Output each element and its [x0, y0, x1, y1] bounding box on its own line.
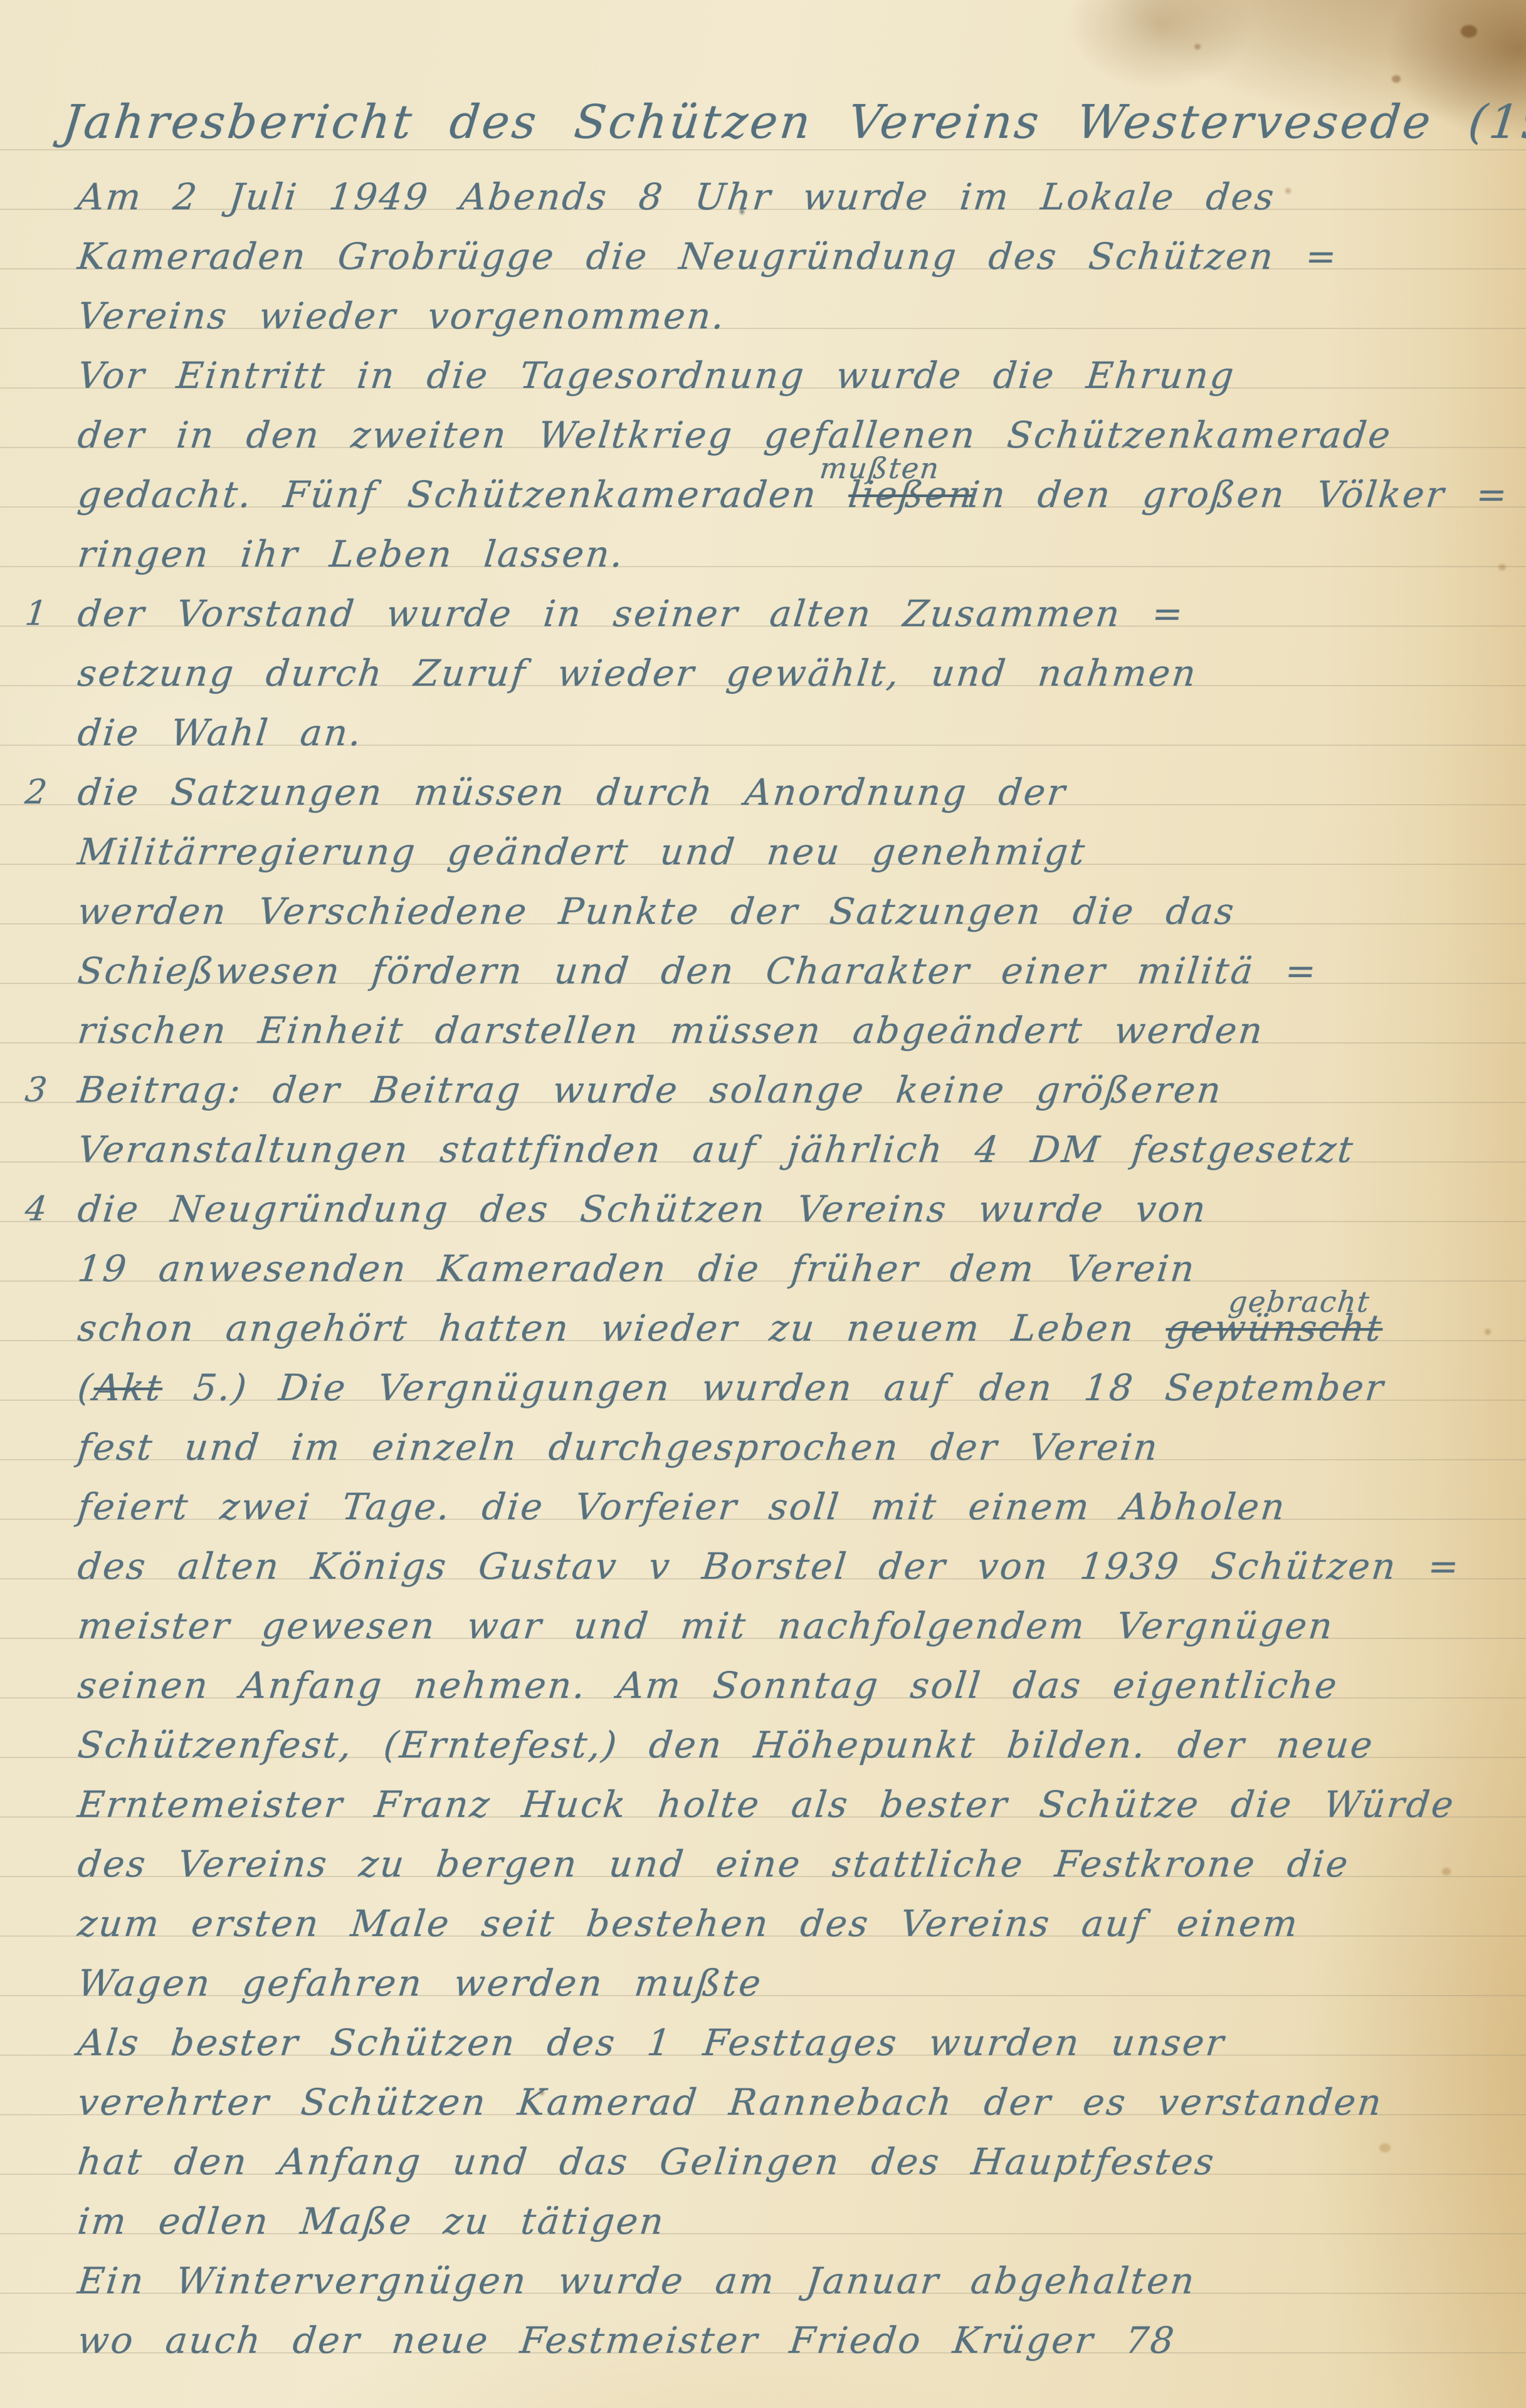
foxing-spot: [1461, 25, 1477, 38]
manuscript-line: seinen Anfang nehmen. Am Sonntag soll da…: [75, 1660, 1341, 1711]
manuscript-line: die Wahl an.: [75, 707, 366, 758]
handwritten-text: fest und im einzeln durchgesprochen der …: [76, 1426, 1162, 1468]
handwritten-text: seinen Anfang nehmen. Am Sonntag soll da…: [76, 1664, 1341, 1707]
manuscript-line: Militärregierung geändert und neu genehm…: [75, 826, 1089, 877]
manuscript-line: Vor Eintritt in die Tagesordnung wurde d…: [75, 350, 1238, 401]
handwritten-text: die Satzungen müssen durch Anordnung der: [76, 771, 1069, 814]
manuscript-line: der in den zweiten Weltkrieg gefallenen …: [75, 409, 1394, 461]
handwritten-text: rischen Einheit darstellen müssen abgeän…: [76, 1009, 1266, 1052]
manuscript-line: verehrter Schützen Kamerad Rannebach der…: [75, 2076, 1386, 2128]
manuscript-line: Schützenfest, (Erntefest,) den Höhepunkt…: [75, 1719, 1377, 1771]
handwritten-text: Am 2 Juli 1949 Abends 8 Uhr wurde im Lok…: [76, 175, 1278, 218]
manuscript-line: im edlen Maße zu tätigen: [75, 2196, 668, 2247]
handwritten-text: der Vorstand wurde in seiner alten Zusam…: [76, 592, 1187, 635]
handwritten-text: 5.) Die Vergnügungen wurden auf den 18 S…: [160, 1366, 1387, 1409]
handwritten-text: setzung durch Zuruf wieder gewählt, und …: [76, 652, 1200, 694]
manuscript-line: Schießwesen fördern und den Charakter ei…: [75, 945, 1320, 997]
handwritten-text: Schützenfest, (Erntefest,) den Höhepunkt…: [76, 1724, 1376, 1766]
handwritten-text: des alten Königs Gustav v Borstel der vo…: [76, 1545, 1463, 1588]
manuscript-line: Als bester Schützen des 1 Festtages wurd…: [75, 2017, 1228, 2068]
manuscript-line: meister gewesen war und mit nachfolgende…: [75, 1600, 1337, 1652]
handwritten-text: Vor Eintritt in die Tagesordnung wurde d…: [76, 354, 1238, 397]
handwritten-text: meister gewesen war und mit nachfolgende…: [76, 1604, 1336, 1647]
manuscript-line: Erntemeister Franz Huck holte als bester…: [75, 1779, 1458, 1830]
foxing-spot: [1485, 1329, 1491, 1335]
manuscript-line: setzung durch Zuruf wieder gewählt, und …: [75, 647, 1200, 699]
handwritten-text: die Neugründung des Schützen Vereins wur…: [76, 1188, 1209, 1230]
handwritten-text: Schießwesen fördern und den Charakter ei…: [76, 950, 1320, 992]
handwritten-text: schon angehört hatten wieder zu neuem Le…: [76, 1307, 1169, 1349]
manuscript-line: Kameraden Grobrügge die Neugründung des …: [75, 231, 1341, 282]
manuscript-line: (Akt 5.) Die Vergnügungen wurden auf den…: [75, 1362, 1387, 1413]
manuscript-line: Veranstaltungen stattfinden auf jährlich…: [75, 1124, 1357, 1175]
foxing-spot: [1442, 1868, 1451, 1875]
handwritten-text: verehrter Schützen Kamerad Rannebach der…: [76, 2081, 1386, 2123]
handwritten-text: Militärregierung geändert und neu genehm…: [76, 830, 1088, 873]
handwritten-text: 19 anwesenden Kameraden die früher dem V…: [76, 1247, 1198, 1290]
item-number: 4: [23, 1183, 51, 1235]
handwritten-text: werden Verschiedene Punkte der Satzungen…: [76, 890, 1238, 933]
handwritten-text: hat den Anfang und das Gelingen des Haup…: [76, 2140, 1218, 2183]
manuscript-line: feiert zwei Tage. die Vorfeier soll mit …: [75, 1481, 1289, 1532]
foxing-spot: [1392, 75, 1401, 83]
manuscript-line: ringen ihr Leben lassen.: [75, 528, 627, 580]
manuscript-line: 3Beitrag: der Beitrag wurde solange kein…: [75, 1064, 1225, 1116]
handwritten-text: feiert zwei Tage. die Vorfeier soll mit …: [76, 1485, 1288, 1528]
item-number: 2: [23, 767, 51, 818]
handwritten-text: Veranstaltungen stattfinden auf jährlich…: [76, 1128, 1357, 1171]
inserted-correction: mußten: [818, 451, 942, 485]
handwritten-text: Wagen gefahren werden mußte: [76, 1962, 765, 2004]
manuscript-line: 19 anwesenden Kameraden die früher dem V…: [75, 1243, 1199, 1294]
manuscript-line: fest und im einzeln durchgesprochen der …: [75, 1421, 1162, 1473]
manuscript-line: wo auch der neue Festmeister Friedo Krüg…: [75, 2315, 1178, 2366]
handwritten-text: in den großen Völker =: [935, 473, 1511, 516]
handwritten-text: der in den zweiten Weltkrieg gefallenen …: [76, 414, 1394, 456]
foxing-spot: [1194, 44, 1201, 50]
handwritten-text: Vereins wieder vorgenommen.: [76, 295, 729, 337]
manuscript-line: Vereins wieder vorgenommen.: [75, 290, 729, 342]
manuscript-line: Wagen gefahren werden mußte: [75, 1957, 765, 2009]
handwritten-text: wo auch der neue Festmeister Friedo Krüg…: [76, 2319, 1178, 2362]
manuscript-line: rischen Einheit darstellen müssen abgeän…: [75, 1005, 1266, 1056]
handwritten-text: die Wahl an.: [76, 711, 365, 754]
inserted-correction: gebracht: [1227, 1285, 1372, 1319]
crossed-out-word: Akt: [92, 1366, 164, 1409]
handwritten-text: zum ersten Male seit bestehen des Verein…: [76, 1902, 1302, 1945]
manuscript-line: 2die Satzungen müssen durch Anordnung de…: [75, 767, 1069, 818]
manuscript-line: werden Verschiedene Punkte der Satzungen…: [75, 886, 1238, 937]
handwritten-text: Beitrag: der Beitrag wurde solange keine…: [76, 1069, 1225, 1111]
manuscript-line: Ein Wintervergnügen wurde am Januar abge…: [75, 2255, 1199, 2306]
manuscript-line: hat den Anfang und das Gelingen des Haup…: [75, 2136, 1218, 2187]
foxing-spot: [1285, 188, 1291, 194]
handwritten-text: Als bester Schützen des 1 Festtages wurd…: [76, 2021, 1228, 2064]
handwritten-text: Ein Wintervergnügen wurde am Januar abge…: [76, 2259, 1198, 2302]
manuscript-line: 4die Neugründung des Schützen Vereins wu…: [75, 1183, 1210, 1235]
manuscript-line: des Vereins zu bergen und eine stattlich…: [75, 1838, 1352, 1890]
handwritten-text: im edlen Maße zu tätigen: [76, 2200, 668, 2243]
handwritten-text: Erntemeister Franz Huck holte als bester…: [76, 1783, 1458, 1826]
manuscript-line: schon angehört hatten wieder zu neuem Le…: [75, 1302, 1370, 1354]
manuscript-line: Am 2 Juli 1949 Abends 8 Uhr wurde im Lok…: [75, 171, 1278, 222]
item-number: 3: [23, 1064, 51, 1116]
foxing-spot: [1379, 2144, 1391, 2152]
page-title: Jahresbericht des Schützen Vereins Weste…: [60, 95, 1502, 149]
handwritten-text: des Vereins zu bergen und eine stattlich…: [76, 1843, 1352, 1885]
manuscript-line: des alten Königs Gustav v Borstel der vo…: [75, 1541, 1463, 1592]
manuscript-line: 1der Vorstand wurde in seiner alten Zusa…: [75, 588, 1187, 639]
manuscript-page: Jahresbericht des Schützen Vereins Weste…: [0, 0, 1526, 2408]
handwritten-text: Kameraden Grobrügge die Neugründung des …: [76, 235, 1340, 278]
foxing-spot: [1498, 564, 1506, 570]
manuscript-line: zum ersten Male seit bestehen des Verein…: [75, 1898, 1302, 1949]
manuscript-line: gedacht. Fünf Schützenkameraden ließenmu…: [75, 469, 1512, 520]
handwritten-text: gedacht. Fünf Schützenkameraden: [76, 473, 851, 516]
item-number: 1: [23, 588, 51, 639]
handwritten-text: ringen ihr Leben lassen.: [76, 533, 627, 575]
